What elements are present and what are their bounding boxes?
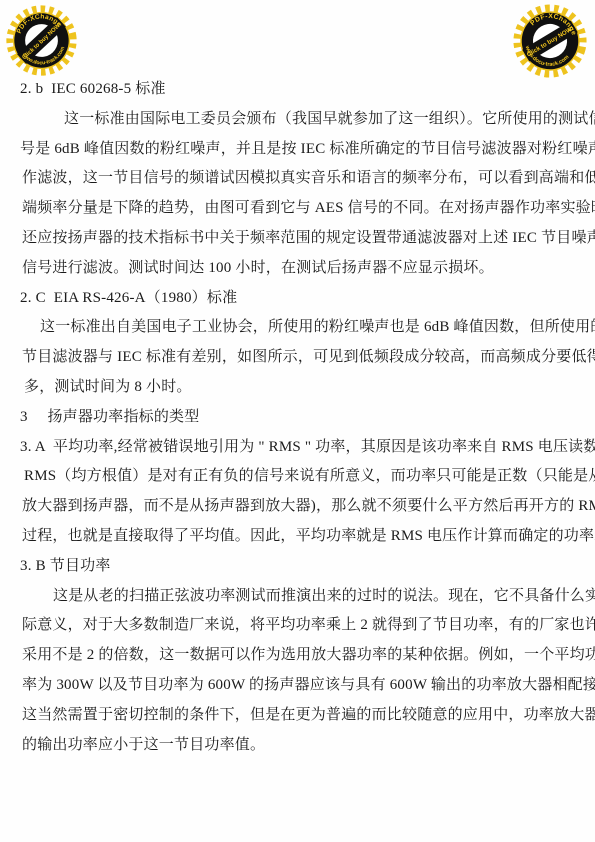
text-line-4: 端频率分量是下降的趋势，由图可看到它与 AES 信号的不同。在对扬声器作功率实验… xyxy=(20,194,595,224)
text-line-7: 2. C EIA RS-426-A（1980）标准 xyxy=(20,284,595,314)
text-line-15: 过程，也就是直接取得了平均值。因此，平均功率就是 RMS 电压作计算而确定的功率… xyxy=(20,522,595,552)
pdf-xchange-stamp-left[interactable]: Click to buy NOW! PDF-XChange www.docu-t… xyxy=(0,0,85,84)
text-line-13: RMS（均方根值）是对有正有负的信号来说有所意义，而功率只可能是正数（只能是从 xyxy=(20,462,595,492)
text-line-3: 作滤波，这一节目信号的频谱试因模拟真实音乐和语言的频率分布，可以看到高端和低 xyxy=(20,164,595,194)
text-line-12: 3. A 平均功率,经常被错误地引用为 " RMS " 功率，其原因是该功率来自… xyxy=(20,433,595,463)
text-line-0: 2. b IEC 60268-5 标准 xyxy=(20,75,595,105)
text-line-11: 3 扬声器功率指标的类型 xyxy=(20,403,595,433)
text-line-10: 多，测试时间为 8 小时。 xyxy=(20,373,595,403)
text-line-20: 率为 300W 以及节目功率为 600W 的扬声器应该与具有 600W 输出的功… xyxy=(20,671,595,701)
text-line-9: 节目滤波器与 IEC 标准有差别，如图所示，可见到低频段成分较高，而高频成分要低… xyxy=(20,343,595,373)
text-line-21: 这当然需置于密切控制的条件下，但是在更为普遍的而比较随意的应用中，功率放大器 xyxy=(20,701,595,731)
text-line-18: 际意义，对于大多数制造厂来说，将平均功率乘上 2 就得到了节目功率，有的厂家也许 xyxy=(20,611,595,641)
pdf-xchange-stamp-icon: Click to buy NOW! PDF-XChange www.docu-t… xyxy=(0,0,85,84)
text-line-2: 号是 6dB 峰值因数的粉红噪声，并且是按 IEC 标准所确定的节目信号滤波器对… xyxy=(20,135,595,165)
text-line-19: 采用不是 2 的倍数，这一数据可以作为选用放大器功率的某种依据。例如，一个平均功 xyxy=(20,641,595,671)
text-line-6: 信号进行滤波。测试时间达 100 小时，在测试后扬声器不应显示损坏。 xyxy=(20,254,595,284)
text-line-22: 的输出功率应小于这一节目功率值。 xyxy=(20,731,595,761)
pdf-page: Click to buy NOW! PDF-XChange www.docu-t… xyxy=(0,0,595,842)
text-line-16: 3. B 节目功率 xyxy=(20,552,595,582)
text-line-8: 这一标准出自美国电子工业协会，所使用的粉红噪声也是 6dB 峰值因数，但所使用的 xyxy=(20,313,595,343)
text-line-17: 这是从老的扫描正弦波功率测试而推演出来的过时的说法。现在，它不具备什么实 xyxy=(20,582,595,612)
document-body: 2. b IEC 60268-5 标准这一标准由国际电工委员会颁布（我国早就参加… xyxy=(20,75,595,760)
text-line-1: 这一标准由国际电工委员会颁布（我国早就参加了这一组织）。它所使用的测试信 xyxy=(20,105,595,135)
text-line-5: 还应按扬声器的技术指标书中关于频率范围的规定设置带通滤波器对上述 IEC 节目噪… xyxy=(20,224,595,254)
text-line-14: 放大器到扬声器，而不是从扬声器到放大器)，那么就不须要什么平方然后再开方的 RM… xyxy=(20,492,595,522)
